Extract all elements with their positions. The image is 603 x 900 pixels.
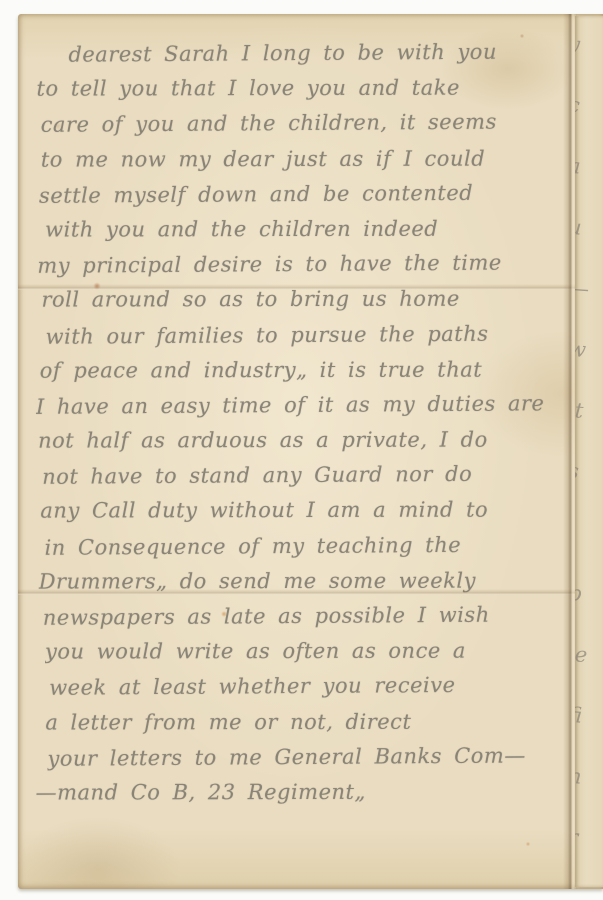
handwritten-line: newspapers as late as possible I wish xyxy=(43,597,561,636)
handwritten-line: you would write as often as once a xyxy=(45,634,561,670)
stroke-fragment: a xyxy=(575,137,603,200)
adjacent-page-edge: y c a u — w it s i p le fi n r xyxy=(575,16,603,887)
handwritten-line: of peace and industry„ it is true that xyxy=(40,352,560,388)
stroke-fragment: it xyxy=(575,381,603,444)
letter-page: dearest Sarah I long to be with you to t… xyxy=(18,14,603,889)
handwritten-line: to me now my dear just as if I could xyxy=(41,141,559,177)
stroke-fragment: w xyxy=(575,320,603,383)
handwritten-line: to tell you that I love you and take xyxy=(37,71,559,107)
handwritten-line: your letters to me General Banks Com— xyxy=(47,738,561,777)
handwritten-line: dearest Sarah I long to be with you xyxy=(68,34,558,73)
handwritten-line: not half as arduous as a private, I do xyxy=(38,422,560,458)
stroke-fragment: n xyxy=(575,747,603,810)
handwritten-line: settle myself down and be contented xyxy=(39,175,559,214)
stroke-fragment: p xyxy=(575,564,603,627)
stroke-fragment: — xyxy=(575,259,603,322)
stroke-fragment: y xyxy=(575,16,603,78)
fold-crease-bottom xyxy=(18,589,603,595)
handwritten-text-block: dearest Sarah I long to be with you to t… xyxy=(30,35,561,811)
handwritten-line: with our families to pursue the paths xyxy=(45,316,559,355)
handwritten-line: with you and the children indeed xyxy=(45,211,559,247)
stroke-fragment: s xyxy=(575,442,603,505)
stroke-fragment: c xyxy=(575,76,603,139)
stroke-fragment: le xyxy=(575,625,603,688)
stroke-fragment: u xyxy=(575,198,603,261)
handwritten-line: a letter from me or not, direct xyxy=(45,704,561,740)
handwritten-line: I have an easy time of it as my duties a… xyxy=(36,386,560,425)
handwritten-line: not have to stand any Guard nor do xyxy=(42,456,560,495)
stroke-fragment: i xyxy=(575,503,603,566)
handwritten-line: my principal desire is to have the time xyxy=(37,245,559,284)
handwritten-line: any Call duty without I am a mind to xyxy=(40,493,560,529)
scanned-letter-background: dearest Sarah I long to be with you to t… xyxy=(0,0,603,900)
stroke-fragment: fi xyxy=(575,686,603,749)
handwritten-line: in Consequence of my teaching the xyxy=(44,527,560,566)
stroke-fragment: r xyxy=(575,808,603,871)
fold-crease-top xyxy=(18,284,603,290)
handwritten-line: care of you and the children, it seems xyxy=(41,105,559,144)
handwritten-line: week at least whether you receive xyxy=(49,668,561,707)
handwritten-line: —mand Co B, 23 Regiment„ xyxy=(36,774,562,810)
